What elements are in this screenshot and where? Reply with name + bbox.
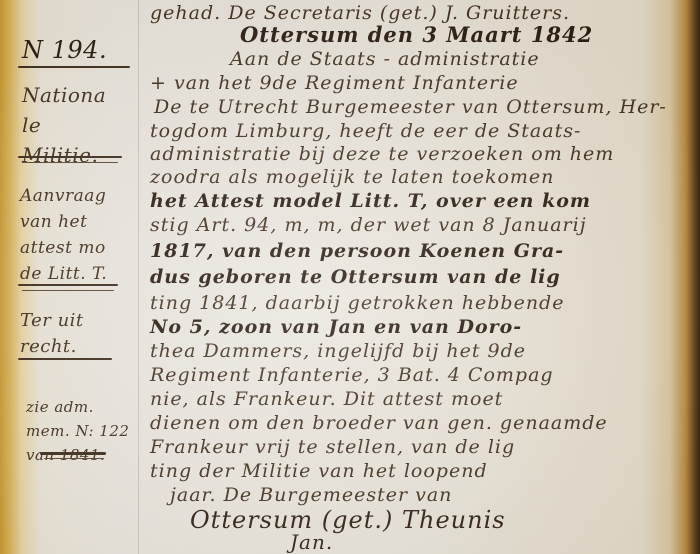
body-line: administratie bij deze te verzoeken om h… xyxy=(150,143,614,165)
body-line: Aan de Staats - administratie xyxy=(230,48,540,70)
body-line: zoodra als mogelijk te laten toekomen xyxy=(150,166,554,188)
signature-line: Jan. xyxy=(290,530,333,554)
reference-line: zie adm. xyxy=(26,395,129,419)
body-line: thea Dammers, ingelijfd bij het 9de xyxy=(150,340,526,362)
body-line: Frankeur vrij te stellen, van de lig xyxy=(150,436,515,458)
body-line: het Attest model Litt. T, over een kom xyxy=(150,190,591,212)
divider xyxy=(22,290,114,291)
reference-line: van 1841. xyxy=(26,443,129,467)
body-line: Regiment Infanterie, 3 Bat. 4 Compag xyxy=(150,364,554,386)
document-page: N 194. Nationa le Militie. Aanvraag van … xyxy=(0,0,700,554)
body-line: jaar. De Burgemeester van xyxy=(170,484,452,506)
body-line: ting 1841, daarbij getrokken hebbende xyxy=(150,292,564,314)
margin-reference: zie adm. mem. N: 122 van 1841. xyxy=(26,395,129,467)
divider xyxy=(40,452,106,455)
request-line: attest mo xyxy=(20,235,107,261)
margin-result: Ter uit recht. xyxy=(20,308,84,360)
margin-request: Aanvraag van het attest mo de Litt. T. xyxy=(20,183,107,287)
request-line: van het xyxy=(20,209,107,235)
body-line: + van het 9de Regiment Infanterie xyxy=(150,72,519,94)
body-line: De te Utrecht Burgemeester van Ottersum,… xyxy=(154,96,667,118)
subject-line: le xyxy=(22,110,106,140)
body-line: 1817, van den persoon Koenen Gra- xyxy=(150,240,564,262)
subject-line: Militie. xyxy=(22,140,106,170)
entry-number: N 194. xyxy=(22,36,107,64)
result-line: recht. xyxy=(20,334,84,360)
body-line: togdom Limburg, heeft de eer de Staats- xyxy=(150,120,581,142)
divider xyxy=(18,66,130,68)
body-line: dus geboren te Ottersum van de lig xyxy=(150,266,561,288)
divider xyxy=(22,162,118,163)
divider xyxy=(18,284,118,286)
margin-rule xyxy=(138,0,139,554)
subject-line: Nationa xyxy=(22,80,106,110)
body-line: gehad. De Secretaris (get.) J. Gruitters… xyxy=(150,2,570,24)
reference-line: mem. N: 122 xyxy=(26,419,129,443)
body-line: stig Art. 94, m, m, der wet van 8 Januar… xyxy=(150,214,587,236)
request-line: Aanvraag xyxy=(20,183,107,209)
body-line: No 5, zoon van Jan en van Doro- xyxy=(150,316,522,338)
body-line: dienen om den broeder van gen. genaamde xyxy=(150,412,608,434)
divider xyxy=(18,156,122,158)
body-line: Ottersum den 3 Maart 1842 xyxy=(240,22,593,47)
divider xyxy=(18,358,112,360)
body-line: nie, als Frankeur. Dit attest moet xyxy=(150,388,503,410)
signature-line: Ottersum (get.) Theunis xyxy=(190,506,506,534)
divider xyxy=(44,458,104,459)
body-line: ting der Militie van het loopend xyxy=(150,460,488,482)
result-line: Ter uit xyxy=(20,308,84,334)
